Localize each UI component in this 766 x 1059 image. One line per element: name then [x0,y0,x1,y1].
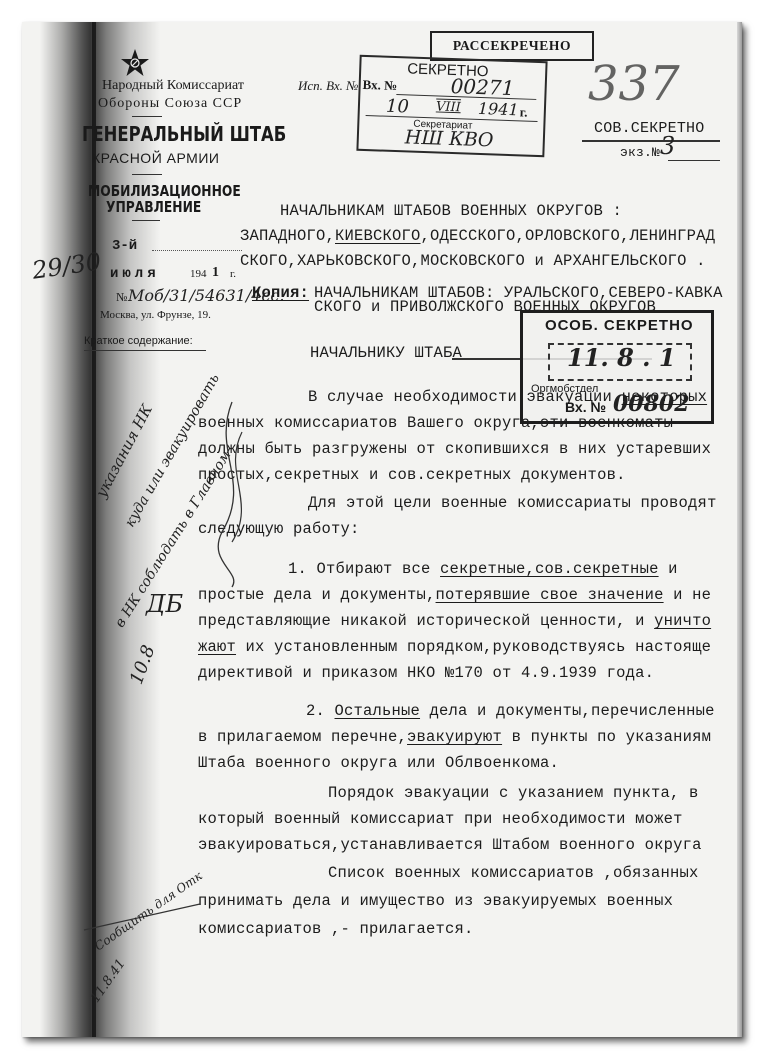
item2-line3: Штаба военного округа или Облвоенкома. [198,754,559,772]
letterhead-line2: Обороны Союза ССР [98,96,242,112]
letterhead-month: июля [110,266,160,282]
item2-line2: в прилагаемом перечне,эвакуируют в пункт… [198,728,711,746]
addressees-line1: НАЧАЛЬНИКАМ ШТАБОВ ВОЕННЫХ ОКРУГОВ : [280,202,622,220]
copy-to-label: Копия: [252,284,309,302]
letterhead-line6: УПРАВЛЕНИЕ [106,198,201,216]
incoming-date-year: 1941 [478,99,519,119]
classification-label: СОВ.СЕКРЕТНО [594,120,704,137]
body-p4-line1: Список военных комиссариатов ,обязанных [328,864,699,882]
copy-label: экз.№ [620,145,660,160]
stamp2-title: ОСОБ. СЕКРЕТНО [545,317,694,334]
letterhead-line4: КРАСНОЙ АРМИИ [92,150,219,166]
stamp2-date: 11. 8 . 1 [567,343,676,372]
body-p1-line3: должны быть разгружены от скопившихся в … [198,440,711,458]
body-p3-line2: который военный комиссариат при необходи… [198,810,683,828]
body-p4-line3: комиссариатов ,- прилагается. [198,920,474,938]
letterhead-day: 3-й [112,238,137,254]
page-fold-crease [92,22,96,1037]
incoming-date-g: г. [520,104,528,120]
incoming-date-month: VIII [436,99,461,115]
letterhead-year-suffix: 1 [212,265,219,281]
body-p1-line1: В случае необходимости эвакуации некотор… [308,388,707,406]
letterhead-address: Москва, ул. Фрунзе, 19. [100,309,211,321]
document-page: РАССЕКРЕЧЕНО Народный Комиссариат Оборон… [22,22,742,1037]
declassified-stamp: РАССЕКРЕЧЕНО [430,31,594,61]
letterhead-year-prefix: 194 [190,268,207,280]
copy-number: 3 [660,132,675,160]
incoming-stamp-label: Исп. Вх. № [298,78,358,94]
letterhead-summary-label: Краткое содержание: [84,335,193,347]
addressees-line2: ЗАПАДНОГО,КИЕВСКОГО,ОДЕССКОГО,ОРЛОВСКОГО… [240,227,715,245]
body-p1-line4: простых,секретных и сов.секретных докуме… [198,466,626,484]
body-p3-line3: эвакуироваться,устанавливается Штабом во… [198,836,702,854]
letterhead-year-g: г. [230,268,236,280]
item1-line1: 1. Отбирают все секретные,сов.секретные … [288,560,678,578]
body-p4-line2: принимать дела и имущество из эвакуируем… [198,892,673,910]
incoming-stamp: СЕКРЕТНО Вх. № 00271 10 VIII 1941 г. Сек… [356,55,547,158]
item1-line4: жают их установленным порядком,руководст… [198,638,711,656]
incoming-no-label: Вх. № [362,77,397,94]
chief-of-staff: НАЧАЛЬНИКУ ШТАБА [310,344,462,362]
handwritten-number: 337 [588,56,680,112]
item1-line3: представляющие никакой исторической ценн… [198,612,711,630]
body-p2-line1: Для этой цели военные комиссариаты прово… [308,494,717,512]
incoming-date-day: 10 [386,96,410,118]
body-p1-line2: военных комиссариатов Вашего округа,эти … [198,414,673,432]
item1-line2: простые дела и документы,потерявшие свое… [198,586,711,604]
body-p3-line1: Порядок эвакуации с указанием пункта, в [328,784,699,802]
letterhead-line1: Народный Комиссариат [102,78,244,94]
handwritten-signature: ДБ [146,590,183,618]
addressees-line3: СКОГО,ХАРЬКОВСКОГО,МОСКОВСКОГО и АРХАНГЕ… [240,252,706,270]
red-star-hammer-sickle-icon [120,48,150,78]
handwritten-scribble-icon [202,392,262,592]
top-secret-received-stamp: ОСОБ. СЕКРЕТНО 11. 8 . 1 Оргмобстдел Вх.… [520,310,714,424]
item1-line5: директивой и приказом НКО №170 от 4.9.19… [198,664,654,682]
letterhead-number-label: № [116,290,127,305]
letterhead-line3: ГЕНЕРАЛЬНЫЙ ШТАБ [82,122,286,146]
incoming-secretariat-value: НШ КВО [404,126,493,151]
item2-line1: 2. Остальные дела и документы,перечислен… [306,702,715,720]
